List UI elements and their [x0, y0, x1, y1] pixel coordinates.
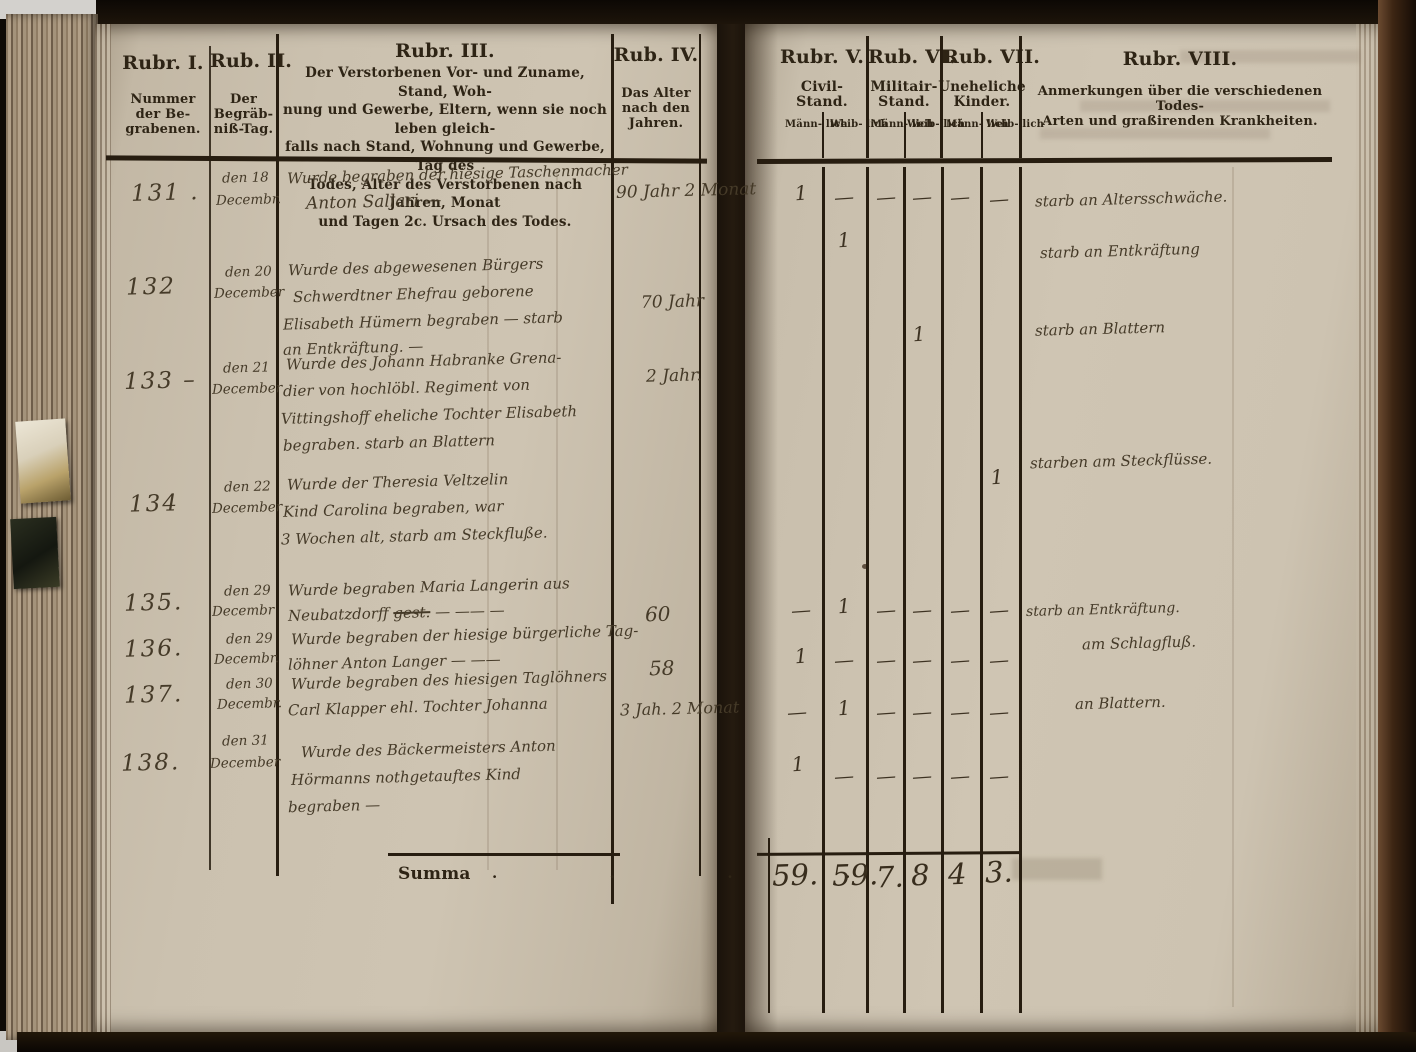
entry-burial-date: den 18 [222, 169, 269, 186]
column-divider [699, 34, 701, 876]
summa-total-unehelich-m: 4 [947, 857, 967, 892]
column-divider [209, 46, 211, 870]
tally-mark: — [872, 184, 900, 210]
entry-text-line: Anton Sallari — [306, 190, 442, 214]
tally-mark: — [985, 597, 1013, 623]
tally-mark: — [946, 699, 974, 725]
column-divider [768, 838, 770, 1013]
tally-mark: — [946, 647, 974, 673]
sex-label-weiblich: Weib- lich [830, 120, 860, 131]
tally-mark: 1 [787, 643, 815, 669]
entry-burial-date: December [212, 499, 283, 517]
column-header-rubr-5-sub: Civil- Stand. [778, 80, 866, 110]
summa-dots: . . . . [492, 864, 884, 882]
entry-number: 136. [124, 635, 184, 663]
summa-total-unehelich-w: 3. [984, 855, 1013, 890]
column-header-rubr-3-title: Rubr. III. [280, 40, 610, 62]
tally-mark: — [830, 763, 858, 789]
sex-label-weiblich: Weib- lich [986, 120, 1016, 131]
entry-number: 133 – [124, 367, 197, 395]
summa-total-militair-w: 8 [910, 858, 930, 893]
summa-total-civil-m: 59. [771, 857, 818, 893]
summa-total-militair-m: 7. [875, 860, 904, 895]
column-header-rubr-5-title: Rubr. V. [778, 46, 866, 68]
tally-mark: — [783, 699, 811, 725]
summa-total-civil-w: 59. [831, 857, 878, 893]
struck-out-word: gest. [393, 603, 430, 622]
column-header-rubr-8-title: Rubr. VIII. [1030, 48, 1330, 70]
entry-burial-date: December [210, 754, 281, 772]
summa-rule [388, 853, 620, 856]
entry-number: 135. [124, 589, 184, 617]
tally-mark: 1 [983, 464, 1011, 490]
entry-burial-date: den 31 [222, 732, 269, 749]
tally-mark: — [946, 597, 974, 623]
right-page-edge [1356, 24, 1378, 1032]
column-header-rubr-7-title: Rub. VII. [943, 46, 1021, 68]
tally-mark: — [872, 597, 900, 623]
column-divider [276, 34, 279, 876]
tally-mark: — [908, 763, 936, 789]
tally-mark: — [872, 647, 900, 673]
remark: am Schlagfluß. [1082, 633, 1197, 654]
bleed-through-smudge [1040, 128, 1270, 139]
header-divider [940, 36, 943, 158]
entry-burial-date: Decembr. [216, 191, 281, 209]
tally-mark: 1 [830, 695, 858, 721]
column-header-rubr-8-sub: Anmerkungen über die verschiedenen Todes… [1026, 84, 1334, 129]
header-subdivider [822, 112, 824, 158]
column-header-rubr-2-title: Rub. II. [210, 50, 277, 72]
book-top-edge [96, 0, 1416, 24]
column-header-rubr-2-sub: Der Begräb- niß-Tag. [210, 92, 277, 137]
entry-age: 70 Jahr [641, 291, 705, 313]
page-crease [556, 170, 558, 870]
entry-number: 138. [121, 749, 181, 777]
column-divider [1019, 167, 1022, 1013]
column-header-rubr-6-sub: Militair- Stand. [864, 80, 944, 110]
entry-burial-date: den 22 [224, 478, 271, 495]
left-page-edge [95, 24, 111, 1032]
tally-mark: — [985, 647, 1013, 673]
damaged-paper-scrap [15, 418, 71, 503]
header-subdivider [981, 112, 983, 158]
column-divider [980, 167, 983, 1013]
dark-damage-patch [10, 517, 60, 589]
entry-burial-date: Decembr. [217, 695, 282, 713]
tally-mark: — [830, 647, 858, 673]
remark: starb an Blattern [1035, 318, 1166, 339]
tally-mark: — [908, 647, 936, 673]
sex-label-maennlich: Männ- lich [871, 120, 901, 131]
entry-number: 132 [126, 273, 177, 300]
tally-mark: — [872, 763, 900, 789]
tally-mark: 1 [905, 321, 933, 347]
tally-mark: — [872, 699, 900, 725]
entry-burial-date: den 20 [225, 263, 272, 280]
entry-burial-date: den 21 [223, 359, 270, 376]
tally-mark: — [908, 184, 936, 210]
column-header-rubr-7-sub: Uneheliche Kinder. [938, 80, 1026, 110]
sex-label-maennlich: Männ- lich [785, 120, 815, 131]
remark: an Blattern. [1075, 693, 1166, 713]
church-burial-register-photo: Rubr. I. Nummer der Be- grabenen. Rub. I… [0, 0, 1416, 1052]
entry-number: 134 [129, 490, 180, 517]
book-cover-right [1378, 0, 1416, 1052]
entry-age: 90 Jahr 2 Monat [616, 179, 757, 203]
entry-text-line: begraben — [288, 796, 381, 816]
column-header-rubr-4-title: Rub. IV. [612, 44, 700, 66]
tally-mark: — [908, 597, 936, 623]
header-subdivider [904, 112, 906, 158]
tally-mark: — [985, 699, 1013, 725]
entry-burial-date: den 29 [226, 630, 273, 647]
summa-label: Summa [398, 864, 471, 884]
tally-mark: 1 [830, 593, 858, 619]
sex-label-maennlich: Männ- lich [946, 120, 976, 131]
column-header-rubr-4-sub: Das Alter nach den Jahren. [612, 86, 700, 131]
entry-text-segment: Neubatzdorff [288, 604, 394, 625]
entry-number: 137. [124, 681, 184, 709]
tally-mark: — [830, 184, 858, 210]
entry-burial-date: December [212, 380, 283, 398]
entry-burial-date: Decembr [212, 602, 275, 620]
tally-mark: — [787, 597, 815, 623]
page-crease [1232, 167, 1234, 1007]
tally-mark: 1 [830, 227, 858, 253]
tally-mark: — [985, 186, 1013, 212]
entry-age: 58 [649, 656, 675, 681]
entry-number: 131 . [131, 179, 200, 207]
entry-burial-date: Decembr. [214, 650, 279, 668]
tally-mark: 1 [784, 751, 812, 777]
entry-burial-date: den 29 [224, 582, 271, 599]
column-divider [941, 167, 944, 1013]
column-divider [822, 167, 825, 1013]
entry-age: 3 Jah. 2 Monat [620, 697, 740, 719]
tally-mark: 1 [787, 180, 815, 206]
entry-burial-date: December [214, 284, 285, 302]
entry-text-segment: — —— — [430, 601, 505, 621]
book-bottom-edge [17, 1032, 1416, 1052]
entry-age: 2 Jahr. [646, 365, 702, 386]
column-header-rubr-1-title: Rubr. I. [118, 52, 208, 74]
tally-mark: — [985, 763, 1013, 789]
entry-age: 60 [645, 602, 671, 627]
sex-label-weiblich: Weib- lich [907, 120, 937, 131]
tally-mark: — [946, 184, 974, 210]
header-divider [1019, 36, 1022, 158]
paper-patch [1012, 858, 1102, 880]
tally-mark: — [946, 763, 974, 789]
tally-mark: — [908, 699, 936, 725]
entry-burial-date: den 30 [226, 675, 273, 692]
header-divider [866, 36, 869, 158]
column-header-rubr-6-title: Rub. VI. [868, 46, 942, 68]
column-header-rubr-1-sub: Nummer der Be- grabenen. [118, 92, 208, 137]
